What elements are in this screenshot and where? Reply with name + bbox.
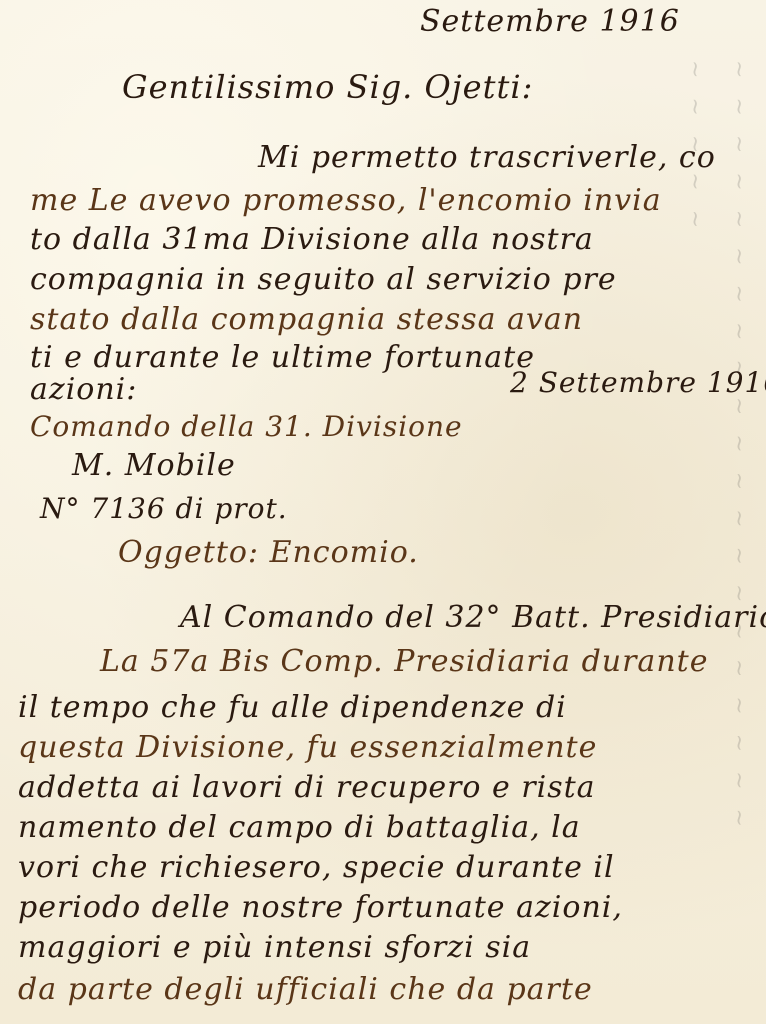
body-line: da parte degli ufficiali che da parte [18, 972, 593, 1007]
salutation: Gentilissimo Sig. Ojetti: [122, 68, 533, 106]
intro-line: compagnia in seguito al servizio pre [30, 262, 617, 297]
header-date: Settembre 1916 [420, 4, 680, 39]
body-line: La 57a Bis Comp. Presidiaria durante [100, 644, 708, 679]
intro-line: stato dalla compagnia stessa avan [30, 302, 583, 337]
letter-page: ~ ~ ~ ~ ~ ~ ~ ~ ~ ~ ~ ~ ~ ~ ~ ~ ~ ~ ~ ~ … [0, 0, 766, 1024]
body-line: questa Divisione, fu essenzialmente [18, 730, 597, 765]
body-line: maggiori e più intensi sforzi sia [18, 930, 531, 965]
command-name: Comando della 31. Divisione [30, 410, 463, 443]
intro-line: to dalla 31ma Divisione alla nostra [30, 222, 594, 257]
intro-line: me Le avevo promesso, l'encomio invia [30, 183, 662, 218]
body-line: il tempo che fu alle dipendenze di [18, 690, 567, 725]
command-subunit: M. Mobile [72, 448, 236, 483]
addressee: Al Comando del 32° Batt. Presidiario [180, 600, 766, 635]
intro-line: Mi permetto trascriverle, co [258, 140, 716, 175]
quoted-date: 2 Settembre 1916 [510, 366, 766, 399]
body-line: addetta ai lavori di recupero e rista [18, 770, 596, 805]
body-line: namento del campo di battaglia, la [18, 810, 581, 845]
protocol-number: N° 7136 di prot. [40, 492, 288, 525]
body-line: vori che richiesero, specie durante il [18, 850, 615, 885]
intro-line: ti e durante le ultime fortunate [30, 340, 535, 375]
body-line: periodo delle nostre fortunate azioni, [18, 890, 623, 925]
intro-line: azioni: [30, 372, 137, 407]
subject-line: Oggetto: Encomio. [118, 535, 419, 570]
